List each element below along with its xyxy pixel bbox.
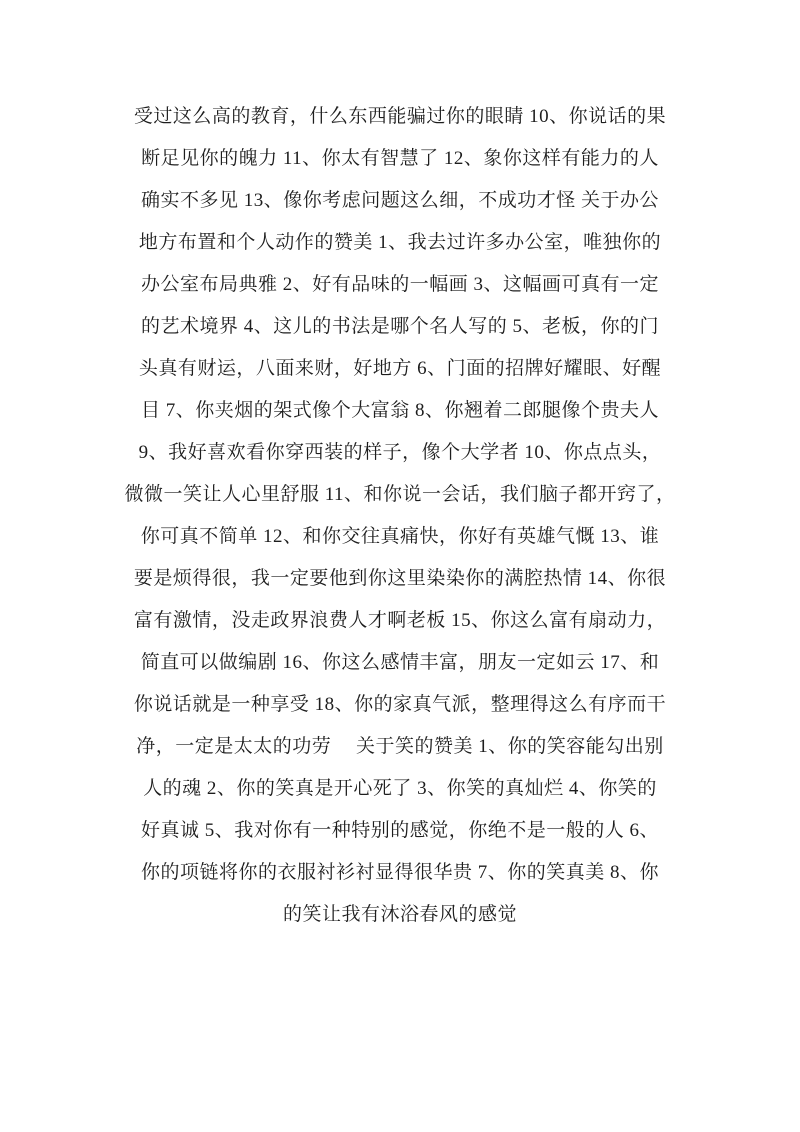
text-line: 微微一笑让人心里舒服 11、和你说一会话，我们脑子都开窍了，	[60, 474, 740, 516]
text-line: 头真有财运，八面来财，好地方 6、门面的招牌好耀眼、好醒	[60, 348, 740, 390]
text-line: 地方布置和个人动作的赞美 1、我去过许多办公室，唯独你的	[60, 222, 740, 264]
text-line: 的笑让我有沐浴春风的感觉	[60, 894, 740, 936]
text-line: 要是烦得很，我一定要他到你这里染染你的满腔热情 14、你很	[60, 558, 740, 600]
text-line: 9、我好喜欢看你穿西装的样子，像个大学者 10、你点点头，	[60, 432, 740, 474]
text-line: 简直可以做编剧 16、你这么感情丰富，朋友一定如云 17、和	[60, 642, 740, 684]
text-line: 人的魂 2、你的笑真是开心死了 3、你笑的真灿烂 4、你笑的	[60, 768, 740, 810]
text-line: 净，一定是太太的功劳 关于笑的赞美 1、你的笑容能勾出别	[60, 726, 740, 768]
text-line: 你说话就是一种享受 18、你的家真气派，整理得这么有序而干	[60, 684, 740, 726]
text-line: 富有激情，没走政界浪费人才啊老板 15、你这么富有扇动力，	[60, 600, 740, 642]
text-line: 你可真不简单 12、和你交往真痛快，你好有英雄气慨 13、谁	[60, 516, 740, 558]
text-line: 的艺术境界 4、这儿的书法是哪个名人写的 5、老板，你的门	[60, 306, 740, 348]
text-line: 确实不多见 13、像你考虑问题这么细，不成功才怪 关于办公	[60, 180, 740, 222]
text-line: 受过这么高的教育，什么东西能骗过你的眼睛 10、你说话的果	[60, 96, 740, 138]
document-page: 受过这么高的教育，什么东西能骗过你的眼睛 10、你说话的果 断足见你的魄力 11…	[0, 0, 800, 1132]
text-line: 你的项链将你的衣服衬衫衬显得很华贵 7、你的笑真美 8、你	[60, 852, 740, 894]
text-line: 好真诚 5、我对你有一种特别的感觉，你绝不是一般的人 6、	[60, 810, 740, 852]
document-text-block: 受过这么高的教育，什么东西能骗过你的眼睛 10、你说话的果 断足见你的魄力 11…	[60, 96, 740, 936]
text-line: 断足见你的魄力 11、你太有智慧了 12、象你这样有能力的人	[60, 138, 740, 180]
text-line: 目 7、你夹烟的架式像个大富翁 8、你翘着二郎腿像个贵夫人	[60, 390, 740, 432]
text-line: 办公室布局典雅 2、好有品味的一幅画 3、这幅画可真有一定	[60, 264, 740, 306]
